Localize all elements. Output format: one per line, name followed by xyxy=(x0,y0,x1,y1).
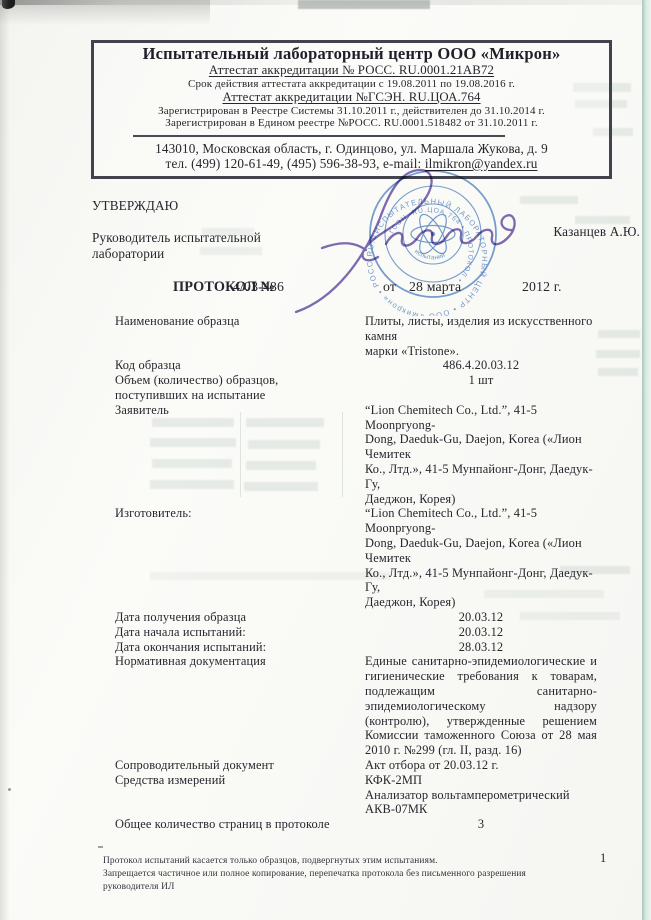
field-label: Дата начала испытаний: xyxy=(115,625,365,640)
field-row-sample-name: Наименование образца Плиты, листы, издел… xyxy=(115,314,599,358)
field-row-sample-code: Код образца 486.4.20.03.12 xyxy=(115,358,599,373)
field-value: Акт отбора от 20.03.12 г. xyxy=(365,758,597,773)
field-value: 20.03.12 xyxy=(365,610,597,625)
field-label: Код образца xyxy=(115,358,365,373)
field-label: Дата окончания испытаний: xyxy=(115,640,365,655)
field-value: 3 xyxy=(365,817,597,832)
page-footer: Протокол испытаний касается только образ… xyxy=(103,855,573,894)
field-row-total-pages: Общее количество страниц в протоколе 3 xyxy=(115,817,599,832)
footer-line-1: Протокол испытаний касается только образ… xyxy=(103,855,573,868)
field-label: Объем (количество) образцов, поступивших… xyxy=(115,373,365,403)
scanned-protocol-page: Испытательный лабораторный центр ООО «Ми… xyxy=(0,0,651,920)
field-row-date-start: Дата начала испытаний: 20.03.12 xyxy=(115,625,599,640)
field-value: 486.4.20.03.12 xyxy=(365,358,597,373)
field-label: Наименование образца xyxy=(115,314,365,329)
field-label: Изготовитель: xyxy=(115,506,365,521)
field-value: 28.03.12 xyxy=(365,640,597,655)
field-row-normative-docs: Нормативная документация Единые санитарн… xyxy=(115,654,599,758)
field-row-sample-quantity: Объем (количество) образцов, поступивших… xyxy=(115,373,599,403)
field-row-measuring-instruments: Средства измерений КФК-2МП Анализатор во… xyxy=(115,773,599,817)
field-row-applicant: Заявитель “Lion Chemitech Co., Ltd.”, 41… xyxy=(115,403,599,507)
field-value: Плиты, листы, изделия из искусственного … xyxy=(365,314,597,358)
field-row-manufacturer: Изготовитель: “Lion Chemitech Co., Ltd.”… xyxy=(115,506,599,610)
field-value: 1 шт xyxy=(365,373,597,388)
protocol-number: 4/03-486 xyxy=(233,279,284,295)
page-number: 1 xyxy=(600,851,606,866)
protocol-year: 2012 г. xyxy=(522,279,562,295)
field-label: Заявитель xyxy=(115,403,365,418)
field-label: Сопроводительный документ xyxy=(115,758,365,773)
field-value: Единые санитарно-эпидемиологические и ги… xyxy=(365,654,597,758)
field-label: Средства измерений xyxy=(115,773,365,788)
field-row-date-end: Дата окончания испытаний: 28.03.12 xyxy=(115,640,599,655)
field-label: Общее количество страниц в протоколе xyxy=(115,817,365,832)
field-value: 20.03.12 xyxy=(365,625,597,640)
field-label: Нормативная документация xyxy=(115,654,365,669)
protocol-date: 28 марта xyxy=(409,279,461,295)
field-value: “Lion Chemitech Co., Ltd.”, 41-5 Moonpry… xyxy=(365,506,597,610)
sample-details: Наименование образца Плиты, листы, издел… xyxy=(115,314,599,832)
footer-line-2: Запрещается частичное или полное копиров… xyxy=(103,868,573,894)
protocol-of-word: от xyxy=(383,279,396,295)
field-value: КФК-2МП Анализатор вольтамперометрически… xyxy=(365,773,597,817)
field-row-date-received: Дата получения образца 20.03.12 xyxy=(115,610,599,625)
field-label: Дата получения образца xyxy=(115,610,365,625)
field-row-accompanying-doc: Сопроводительный документ Акт отбора от … xyxy=(115,758,599,773)
field-value: “Lion Chemitech Co., Ltd.”, 41-5 Moonpry… xyxy=(365,403,597,507)
